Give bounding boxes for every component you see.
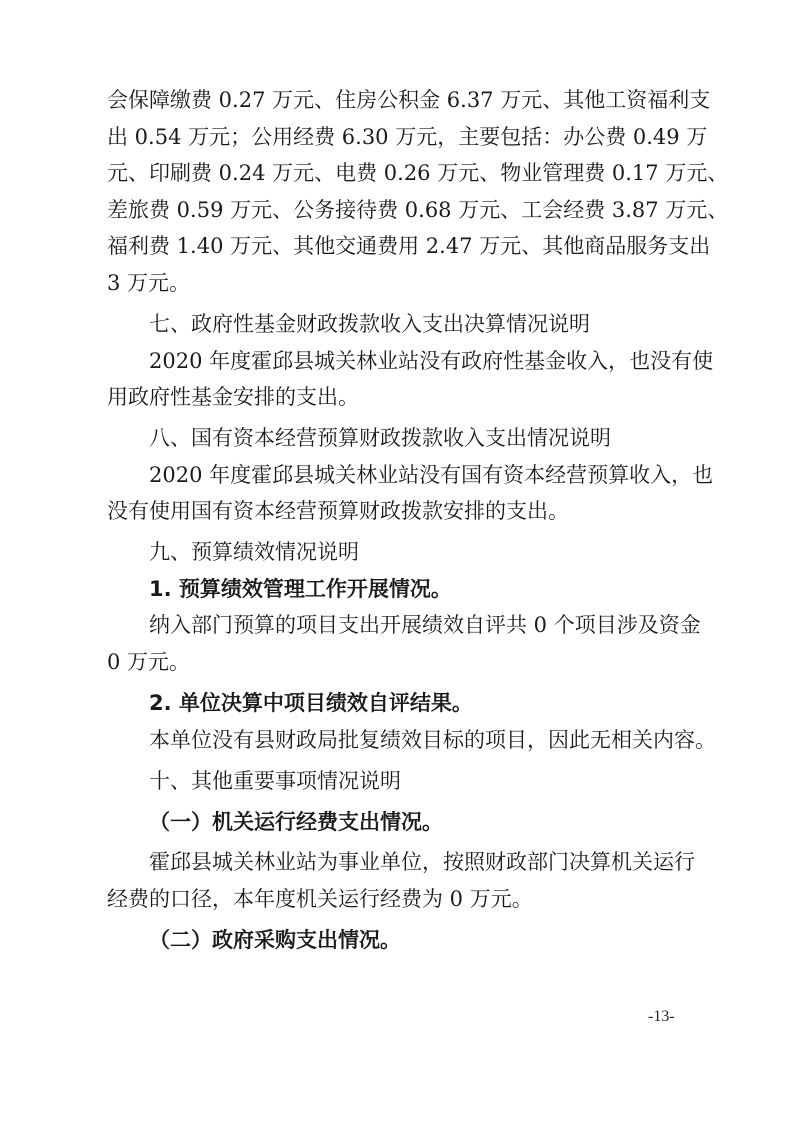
- subsection-9-1-text: 纳入部门预算的项目支出开展绩效自评共 0 个项目涉及资金: [149, 611, 693, 639]
- subsection-heading-9-2: 2. 单位决算中项目绩效自评结果。: [149, 689, 693, 717]
- body-text-line: 会保障缴费 0.27 万元、住房公积金 6.37 万元、其他工资福利支: [107, 86, 693, 114]
- body-text-line: 元、印刷费 0.24 万元、电费 0.26 万元、物业管理费 0.17 万元、: [107, 159, 693, 187]
- section-8-text: 2020 年度霍邱县城关林业站没有国有资本经营预算收入，也: [149, 461, 693, 489]
- body-text-line: 出 0.54 万元；公用经费 6.30 万元，主要包括：办公费 0.49 万: [107, 123, 693, 151]
- section-heading-7: 七、政府性基金财政拨款收入支出决算情况说明: [149, 310, 693, 338]
- subsection-heading-9-1: 1. 预算绩效管理工作开展情况。: [149, 575, 693, 603]
- section-heading-9: 九、预算绩效情况说明: [149, 538, 693, 566]
- section-heading-10: 十、其他重要事项情况说明: [149, 767, 693, 795]
- subsection-heading-10-2: （二）政府采购支出情况。: [149, 926, 693, 954]
- page-number: -13-: [648, 1008, 675, 1026]
- section-heading-8: 八、国有资本经营预算财政拨款收入支出情况说明: [149, 424, 693, 452]
- subsection-10-1-text: 霍邱县城关林业站为事业单位，按照财政部门决算机关运行: [149, 848, 693, 876]
- body-text-line: 3 万元。: [107, 269, 693, 297]
- subsection-heading-10-1: （一）机关运行经费支出情况。: [149, 808, 693, 836]
- section-7-text: 2020 年度霍邱县城关林业站没有政府性基金收入，也没有使: [149, 347, 693, 375]
- body-text-line: 福利费 1.40 万元、其他交通费用 2.47 万元、其他商品服务支出: [107, 232, 693, 260]
- subsection-10-1-text: 经费的口径，本年度机关运行经费为 0 万元。: [107, 885, 693, 913]
- section-8-text: 没有使用国有资本经营预算财政拨款安排的支出。: [107, 497, 693, 525]
- section-7-text: 用政府性基金安排的支出。: [107, 383, 693, 411]
- subsection-9-2-text: 本单位没有县财政局批复绩效目标的项目，因此无相关内容。: [149, 726, 693, 754]
- subsection-9-1-text: 0 万元。: [107, 648, 693, 676]
- body-text-line: 差旅费 0.59 万元、公务接待费 0.68 万元、工会经费 3.87 万元、: [107, 196, 693, 224]
